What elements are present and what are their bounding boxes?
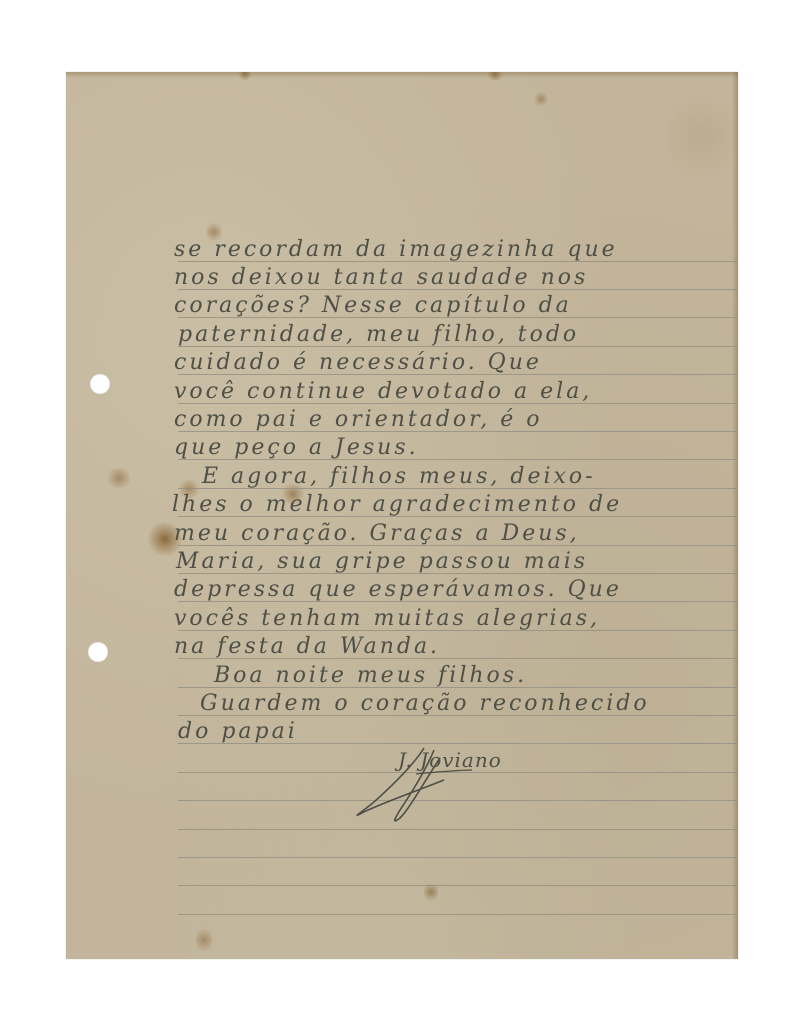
letter-line-3: corações? Nesse capítulo da — [174, 293, 572, 319]
letter-line-9: E agora, filhos meus, deixo- — [202, 464, 596, 490]
foxing-stain — [106, 468, 132, 488]
letter-line-6: você continue devotado a ela, — [174, 379, 592, 405]
letter-line-4: paternidade, meu filho, todo — [178, 322, 579, 348]
punch-hole-lower — [88, 642, 108, 662]
letter-line-8: que peço a Jesus. — [174, 435, 419, 461]
letter-line-13: depressa que esperávamos. Que — [174, 577, 622, 603]
letter-line-12: Maria, sua gripe passou mais — [176, 549, 588, 575]
letter-line-11: meu coração. Graças a Deus, — [174, 521, 580, 547]
ruled-line — [178, 885, 738, 886]
foxing-stain — [486, 72, 504, 80]
letter-sheet: se recordam da imagezinha que nos deixou… — [66, 72, 738, 959]
punch-hole-upper — [90, 374, 110, 394]
signature: J. Joviano — [398, 748, 502, 772]
foxing-stain — [534, 92, 548, 106]
foxing-stain — [666, 92, 736, 182]
ruled-line — [178, 829, 738, 830]
letter-line-18: do papai — [178, 719, 298, 745]
letter-line-14: vocês tenham muitas alegrias, — [174, 606, 600, 632]
letter-line-1: se recordam da imagezinha que — [174, 237, 618, 263]
letter-line-15: na festa da Wanda. — [174, 634, 440, 660]
letter-line-5: cuidado é necessário. Que — [174, 350, 542, 376]
foxing-stain — [196, 927, 212, 953]
letter-line-16: Boa noite meus filhos. — [214, 663, 527, 689]
letter-line-2: nos deixou tanta saudade nos — [174, 265, 588, 291]
ruled-line — [178, 857, 738, 858]
sheet-top-edge-wear — [66, 72, 738, 78]
foxing-stain — [238, 72, 252, 80]
letter-line-17: Guardem o coração reconhecido — [200, 691, 650, 717]
letter-line-7: como pai e orientador, é o — [174, 407, 543, 433]
letter-line-10: lhes o melhor agradecimento de — [172, 492, 622, 518]
ruled-line — [178, 914, 738, 915]
